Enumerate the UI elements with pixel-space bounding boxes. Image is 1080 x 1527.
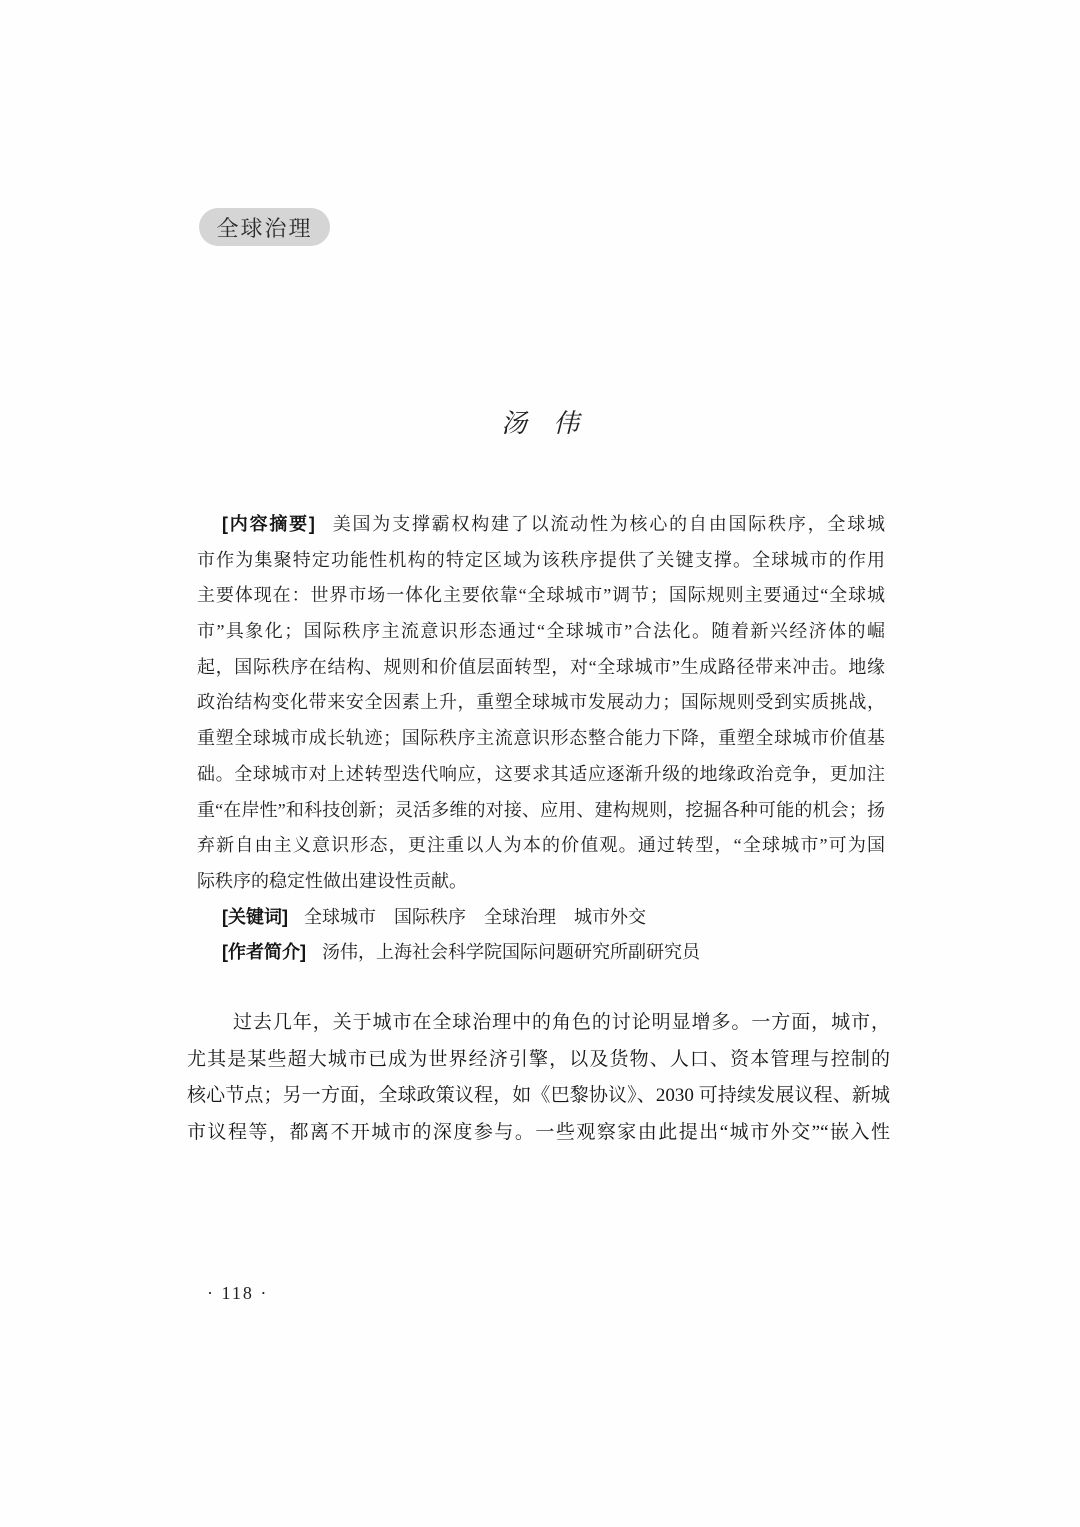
body-line: 市议程等，都离不开城市的深度参与。一些观察家由此提出“城市外交”“嵌入性: [187, 1115, 890, 1152]
abstract-line: 市作为集聚特定功能性机构的特定区域为该秩序提供了关键支撑。全球城市的作用: [197, 543, 885, 579]
body-paragraph: 过去几年，关于城市在全球治理中的角色的讨论明显增多。一方面，城市， 尤其是某些超…: [187, 1005, 890, 1152]
category-badge: 全球治理: [199, 208, 330, 246]
keywords-label: [关键词]: [222, 907, 288, 927]
abstract-line: 础。全球城市对上述转型迭代响应，这要求其适应逐渐升级的地缘政治竞争，更加注: [197, 757, 885, 793]
abstract-line: 际秩序的稳定性做出建设性贡献。: [197, 864, 885, 900]
abstract-line: [内容摘要]美国为支撑霸权构建了以流动性为核心的自由国际秩序，全球城: [197, 507, 885, 543]
abstract-line: 弃新自由主义意识形态，更注重以人为本的价值观。通过转型，“全球城市”可为国: [197, 828, 885, 864]
author-name: 汤 伟: [0, 403, 1080, 440]
abstract-block: [内容摘要]美国为支撑霸权构建了以流动性为核心的自由国际秩序，全球城 市作为集聚…: [197, 507, 885, 971]
body-line: 过去几年，关于城市在全球治理中的角色的讨论明显增多。一方面，城市，: [187, 1005, 890, 1042]
page-number: · 118 ·: [207, 1283, 268, 1304]
body-line: 核心节点；另一方面，全球政策议程，如《巴黎协议》、2030 可持续发展议程、新城: [187, 1078, 890, 1115]
abstract-line: 重“在岸性”和科技创新；灵活多维的对接、应用、建构规则，挖掘各种可能的机会；扬: [197, 793, 885, 829]
keywords-line: [关键词]全球城市 国际秩序 全球治理 城市外交: [197, 900, 885, 936]
abstract-line: 主要体现在：世界市场一体化主要依靠“全球城市”调节；国际规则主要通过“全球城: [197, 578, 885, 614]
abstract-line-text: 美国为支撑霸权构建了以流动性为核心的自由国际秩序，全球城: [331, 514, 885, 534]
abstract-label: [内容摘要]: [222, 514, 315, 534]
abstract-line: 政治结构变化带来安全因素上升，重塑全球城市发展动力；国际规则受到实质挑战，: [197, 685, 885, 721]
author-bio-label: [作者简介]: [222, 942, 306, 962]
abstract-line: 重塑全球城市成长轨迹；国际秩序主流意识形态整合能力下降，重塑全球城市价值基: [197, 721, 885, 757]
category-badge-label: 全球治理: [216, 212, 312, 243]
author-bio-line: [作者简介]汤伟，上海社会科学院国际问题研究所副研究员: [197, 935, 885, 971]
body-line: 尤其是某些超大城市已成为世界经济引擎，以及货物、人口、资本管理与控制的: [187, 1042, 890, 1079]
abstract-line: 起，国际秩序在结构、规则和价值层面转型，对“全球城市”生成路径带来冲击。地缘: [197, 650, 885, 686]
author-bio-text: 汤伟，上海社会科学院国际问题研究所副研究员: [322, 942, 700, 962]
keywords-text: 全球城市 国际秩序 全球治理 城市外交: [304, 907, 646, 927]
journal-page: 全球治理 汤 伟 [内容摘要]美国为支撑霸权构建了以流动性为核心的自由国际秩序，…: [0, 0, 1080, 1527]
abstract-line: 市”具象化；国际秩序主流意识形态通过“全球城市”合法化。随着新兴经济体的崛: [197, 614, 885, 650]
